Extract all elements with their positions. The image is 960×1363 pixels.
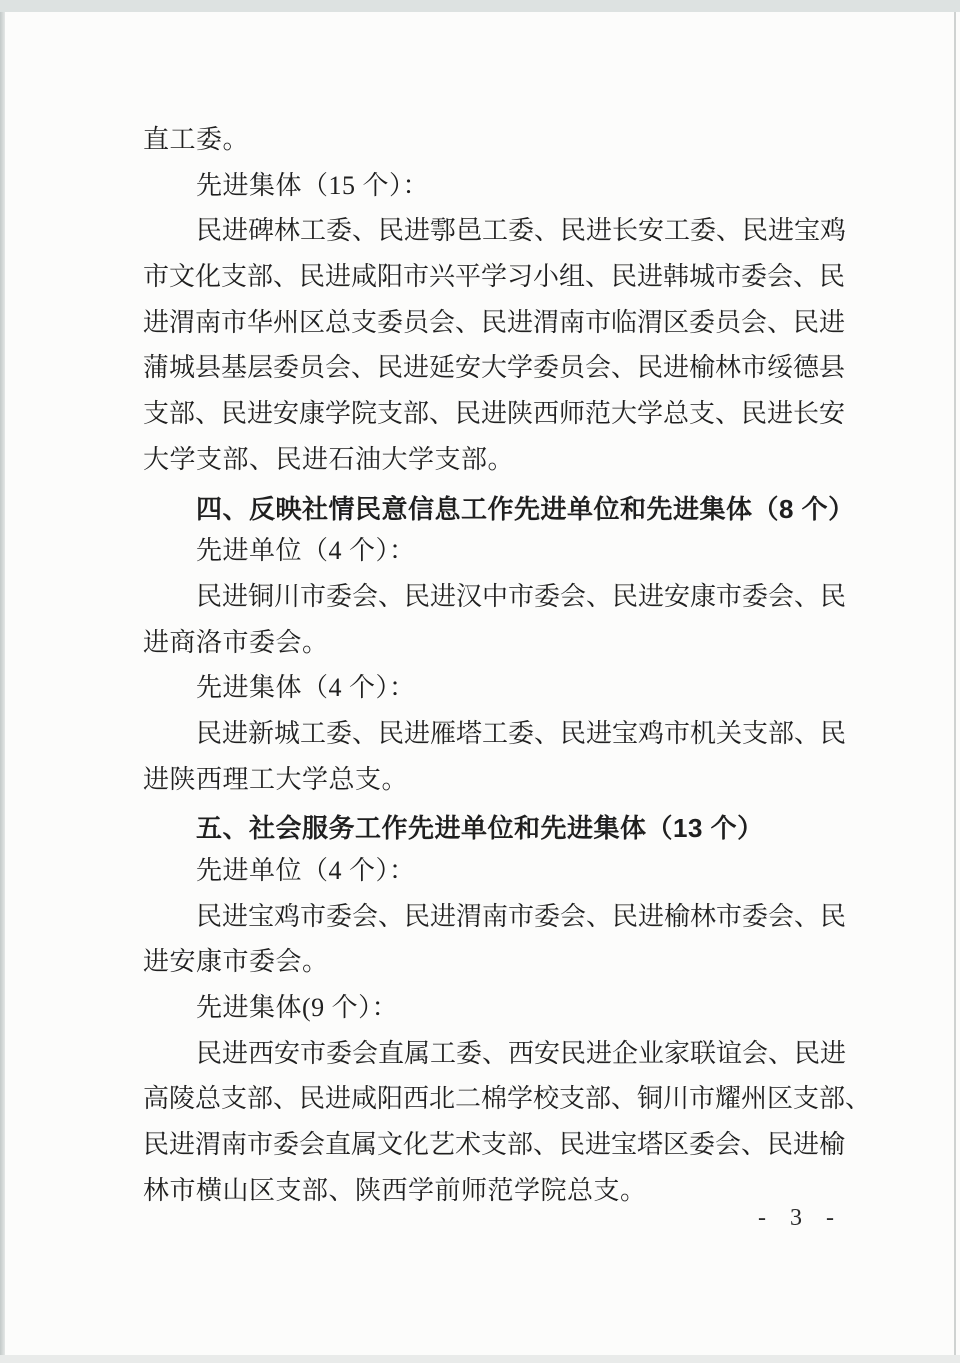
document-page: 直工委。 先进集体（15 个）： 民进碑林工委、民进鄠邑工委、民进长安工委、民进… xyxy=(0,0,960,1363)
paragraph-continuation-line: 直工委。 xyxy=(143,117,845,163)
paragraph-line: 民进西安市委会直属工委、西安民进企业家联谊会、民进 xyxy=(143,1031,845,1077)
paragraph-line: 支部、民进安康学院支部、民进陕西师范大学总支、民进长安 xyxy=(143,391,845,437)
paragraph-line: 蒲城县基层委员会、民进延安大学委员会、民进榆林市绥德县 xyxy=(143,345,845,391)
paragraph-line: 民进铜川市委会、民进汉中市委会、民进安康市委会、民 xyxy=(143,574,845,620)
paragraph-line: 民进宝鸡市委会、民进渭南市委会、民进榆林市委会、民 xyxy=(143,894,845,940)
subsection-label: 先进集体（15 个）： xyxy=(143,163,845,209)
paragraph-line: 大学支部、民进石油大学支部。 xyxy=(143,437,845,483)
subsection-label: 先进单位（4 个）： xyxy=(143,848,845,894)
paragraph-line: 进陕西理工大学总支。 xyxy=(143,757,845,803)
subsection-label: 先进集体（4 个）： xyxy=(143,665,845,711)
paragraph-line: 进商洛市委会。 xyxy=(143,620,845,666)
document-content: 直工委。 先进集体（15 个）： 民进碑林工委、民进鄠邑工委、民进长安工委、民进… xyxy=(143,117,845,1214)
paragraph-line: 民进碑林工委、民进鄠邑工委、民进长安工委、民进宝鸡 xyxy=(143,208,845,254)
paragraph-line: 民进渭南市委会直属文化艺术支部、民进宝塔区委会、民进榆 xyxy=(143,1122,845,1168)
paragraph-line: 民进新城工委、民进雁塔工委、民进宝鸡市机关支部、民 xyxy=(143,711,845,757)
section-heading: 四、反映社情民意信息工作先进单位和先进集体（8 个） xyxy=(143,487,845,533)
paragraph-line: 进渭南市华州区总支委员会、民进渭南市临渭区委员会、民进 xyxy=(143,300,845,346)
paragraph-line: 林市横山区支部、陕西学前师范学院总支。 xyxy=(143,1168,845,1214)
page-number: - 3 - xyxy=(758,1196,843,1241)
section-heading: 五、社会服务工作先进单位和先进集体（13 个） xyxy=(143,806,845,852)
subsection-label: 先进集体(9 个）： xyxy=(143,985,845,1031)
scan-edge-right-line xyxy=(954,12,956,1355)
paragraph-line: 进安康市委会。 xyxy=(143,939,845,985)
paragraph-line: 高陵总支部、民进咸阳西北二棉学校支部、铜川市耀州区支部、 xyxy=(143,1076,845,1122)
scan-edge-top xyxy=(0,0,960,12)
scan-edge-bottom xyxy=(0,1355,960,1363)
scan-edge-left xyxy=(0,12,5,1363)
subsection-label: 先进单位（4 个）： xyxy=(143,528,845,574)
paragraph-line: 市文化支部、民进咸阳市兴平学习小组、民进韩城市委会、民 xyxy=(143,254,845,300)
